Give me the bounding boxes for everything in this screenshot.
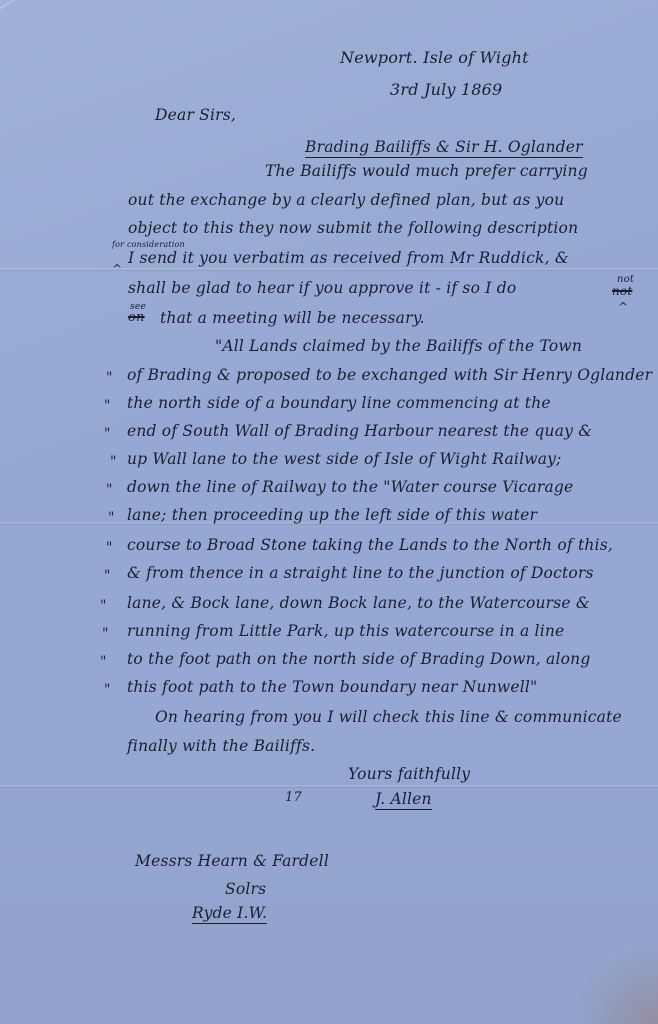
ditto-mark: " (106, 540, 112, 556)
letter-page: Newport. Isle of Wight 3rd July 1869 Dea… (0, 0, 658, 1024)
quoted-line-12: to the foot path on the north side of Br… (127, 650, 590, 668)
quoted-line-5: up Wall lane to the west side of Isle of… (127, 450, 562, 468)
body-line-6: that a meeting will be necessary. (160, 309, 425, 327)
ditto-mark: " (104, 398, 110, 414)
quoted-line-7: lane; then proceeding up the left side o… (127, 506, 537, 524)
paper-crease-diagonal (0, 0, 201, 22)
letter-place: Newport. Isle of Wight (340, 48, 529, 67)
ditto-mark: " (100, 598, 106, 614)
insertion-caret-2: ^ (618, 300, 628, 314)
body-line-3: object to this they now submit the follo… (128, 219, 578, 237)
quoted-line-10: lane, & Bock lane, down Bock lane, to th… (127, 594, 590, 612)
letter-date: 3rd July 1869 (390, 80, 502, 99)
quoted-line-9: & from thence in a straight line to the … (127, 564, 594, 582)
addressee-role: Solrs (225, 880, 266, 898)
insertion-for-consideration: for consideration (112, 240, 185, 249)
subject-line: Brading Bailiffs & Sir H. Oglander (305, 138, 583, 158)
quoted-line-6: down the line of Railway to the "Water c… (127, 478, 573, 496)
ditto-mark: " (104, 426, 110, 442)
addressee-place: Ryde I.W. (192, 904, 267, 924)
quoted-line-8: course to Broad Stone taking the Lands t… (127, 536, 613, 554)
paper-stain (578, 934, 658, 1024)
ditto-mark: " (104, 568, 110, 584)
quoted-line-4: end of South Wall of Brading Harbour nea… (127, 422, 592, 440)
closing-line-1: On hearing from you I will check this li… (155, 708, 622, 726)
quoted-line-2: of Brading & proposed to be exchanged wi… (127, 366, 652, 384)
insertion-caret: ^ (112, 262, 122, 276)
body-line-5: shall be glad to hear if you approve it … (128, 279, 516, 297)
quoted-line-11: running from Little Park, up this waterc… (127, 622, 564, 640)
ditto-mark: " (102, 626, 108, 642)
paper-fold-lower (0, 785, 658, 788)
signature: J. Allen (375, 790, 432, 810)
body-line-4: I send it you verbatim as received from … (128, 249, 569, 267)
ditto-mark: " (106, 370, 112, 386)
quoted-line-1: "All Lands claimed by the Bailiffs of th… (215, 337, 582, 355)
body-line-2: out the exchange by a clearly defined pl… (128, 191, 564, 209)
body-line-1: The Bailiffs would much prefer carrying (265, 162, 588, 180)
salutation: Dear Sirs, (155, 106, 236, 124)
valediction: Yours faithfully (348, 765, 470, 783)
ditto-mark: " (104, 682, 110, 698)
paper-fold-upper (0, 268, 658, 271)
struck-word: not (612, 284, 632, 298)
closing-line-2: finally with the Bailiffs. (127, 737, 315, 755)
addressee-name: Messrs Hearn & Fardell (135, 852, 329, 870)
struck-on: on (128, 310, 145, 325)
ditto-mark: " (108, 510, 114, 526)
quoted-line-13: this foot path to the Town boundary near… (127, 678, 537, 696)
ditto-mark: " (110, 454, 116, 470)
ditto-mark: " (106, 482, 112, 498)
ditto-mark: " (100, 654, 106, 670)
folio-mark: 17 (285, 790, 302, 805)
quoted-line-3: the north side of a boundary line commen… (127, 394, 551, 412)
